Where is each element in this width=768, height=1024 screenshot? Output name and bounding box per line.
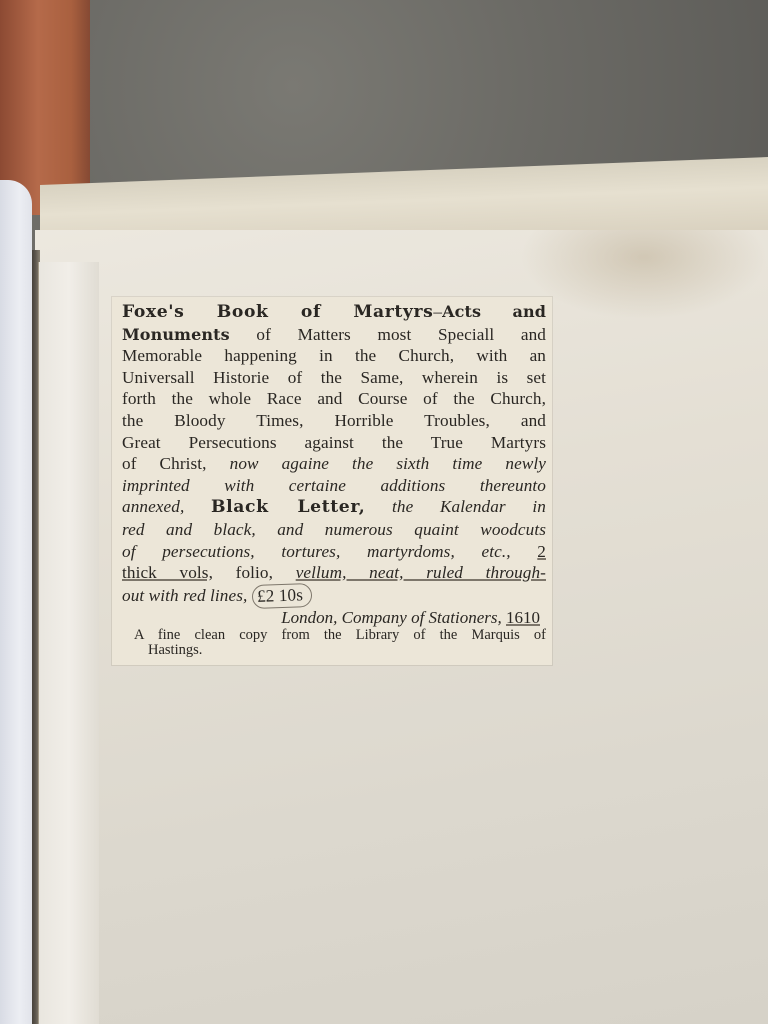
catalogue-clipping: Foxe's Book of Martyrs–Acts and Monument… bbox=[112, 297, 552, 665]
clipping-title-line: Foxe's Book of Martyrs–Acts and bbox=[122, 301, 546, 324]
clipping-line: red and black, and numerous quaint woodc… bbox=[122, 519, 546, 541]
black-letter-label: Black Letter, bbox=[211, 497, 365, 517]
provenance-note: A fine clean copy from the Library of th… bbox=[122, 628, 546, 643]
clipping-line: Great Persecutions against the True Mart… bbox=[122, 432, 546, 454]
imprint-line: London, Company of Stationers, 1610 bbox=[122, 607, 546, 628]
page-stain bbox=[520, 230, 768, 320]
clipping-line: Memorable happening in the Church, with … bbox=[122, 345, 546, 367]
clipping-line: of Christ, now againe the sixth time new… bbox=[122, 453, 546, 475]
clipping-line: annexed, Black Letter, the Kalendar in bbox=[122, 496, 546, 519]
imprint-year: 1610 bbox=[506, 608, 540, 627]
book-hinge bbox=[38, 262, 99, 1024]
provenance-note: Hastings. bbox=[122, 643, 546, 658]
clipping-line: out with red lines, £2 10s bbox=[122, 584, 546, 608]
clipping-line: imprinted with certaine additions thereu… bbox=[122, 475, 546, 497]
clipping-line: Monuments of Matters most Speciall and bbox=[122, 324, 546, 346]
clipping-line: of persecutions, tortures, martyrdoms, e… bbox=[122, 541, 546, 563]
flyleaf-edge bbox=[0, 180, 32, 1024]
clipping-line: thick vols, folio, vellum, neat, ruled t… bbox=[122, 562, 546, 584]
pencil-circled-price: £2 10s bbox=[251, 583, 312, 609]
clipping-line: Universall Historie of the Same, wherein… bbox=[122, 367, 546, 389]
blackletter-title: Foxe's Book of Martyrs bbox=[122, 302, 433, 322]
pencil-marked-volume-count: 2 bbox=[537, 542, 546, 561]
clipping-line: forth the whole Race and Course of the C… bbox=[122, 388, 546, 410]
clipping-line: the Bloody Times, Horrible Troubles, and bbox=[122, 410, 546, 432]
bold-title: Acts and bbox=[442, 302, 546, 321]
